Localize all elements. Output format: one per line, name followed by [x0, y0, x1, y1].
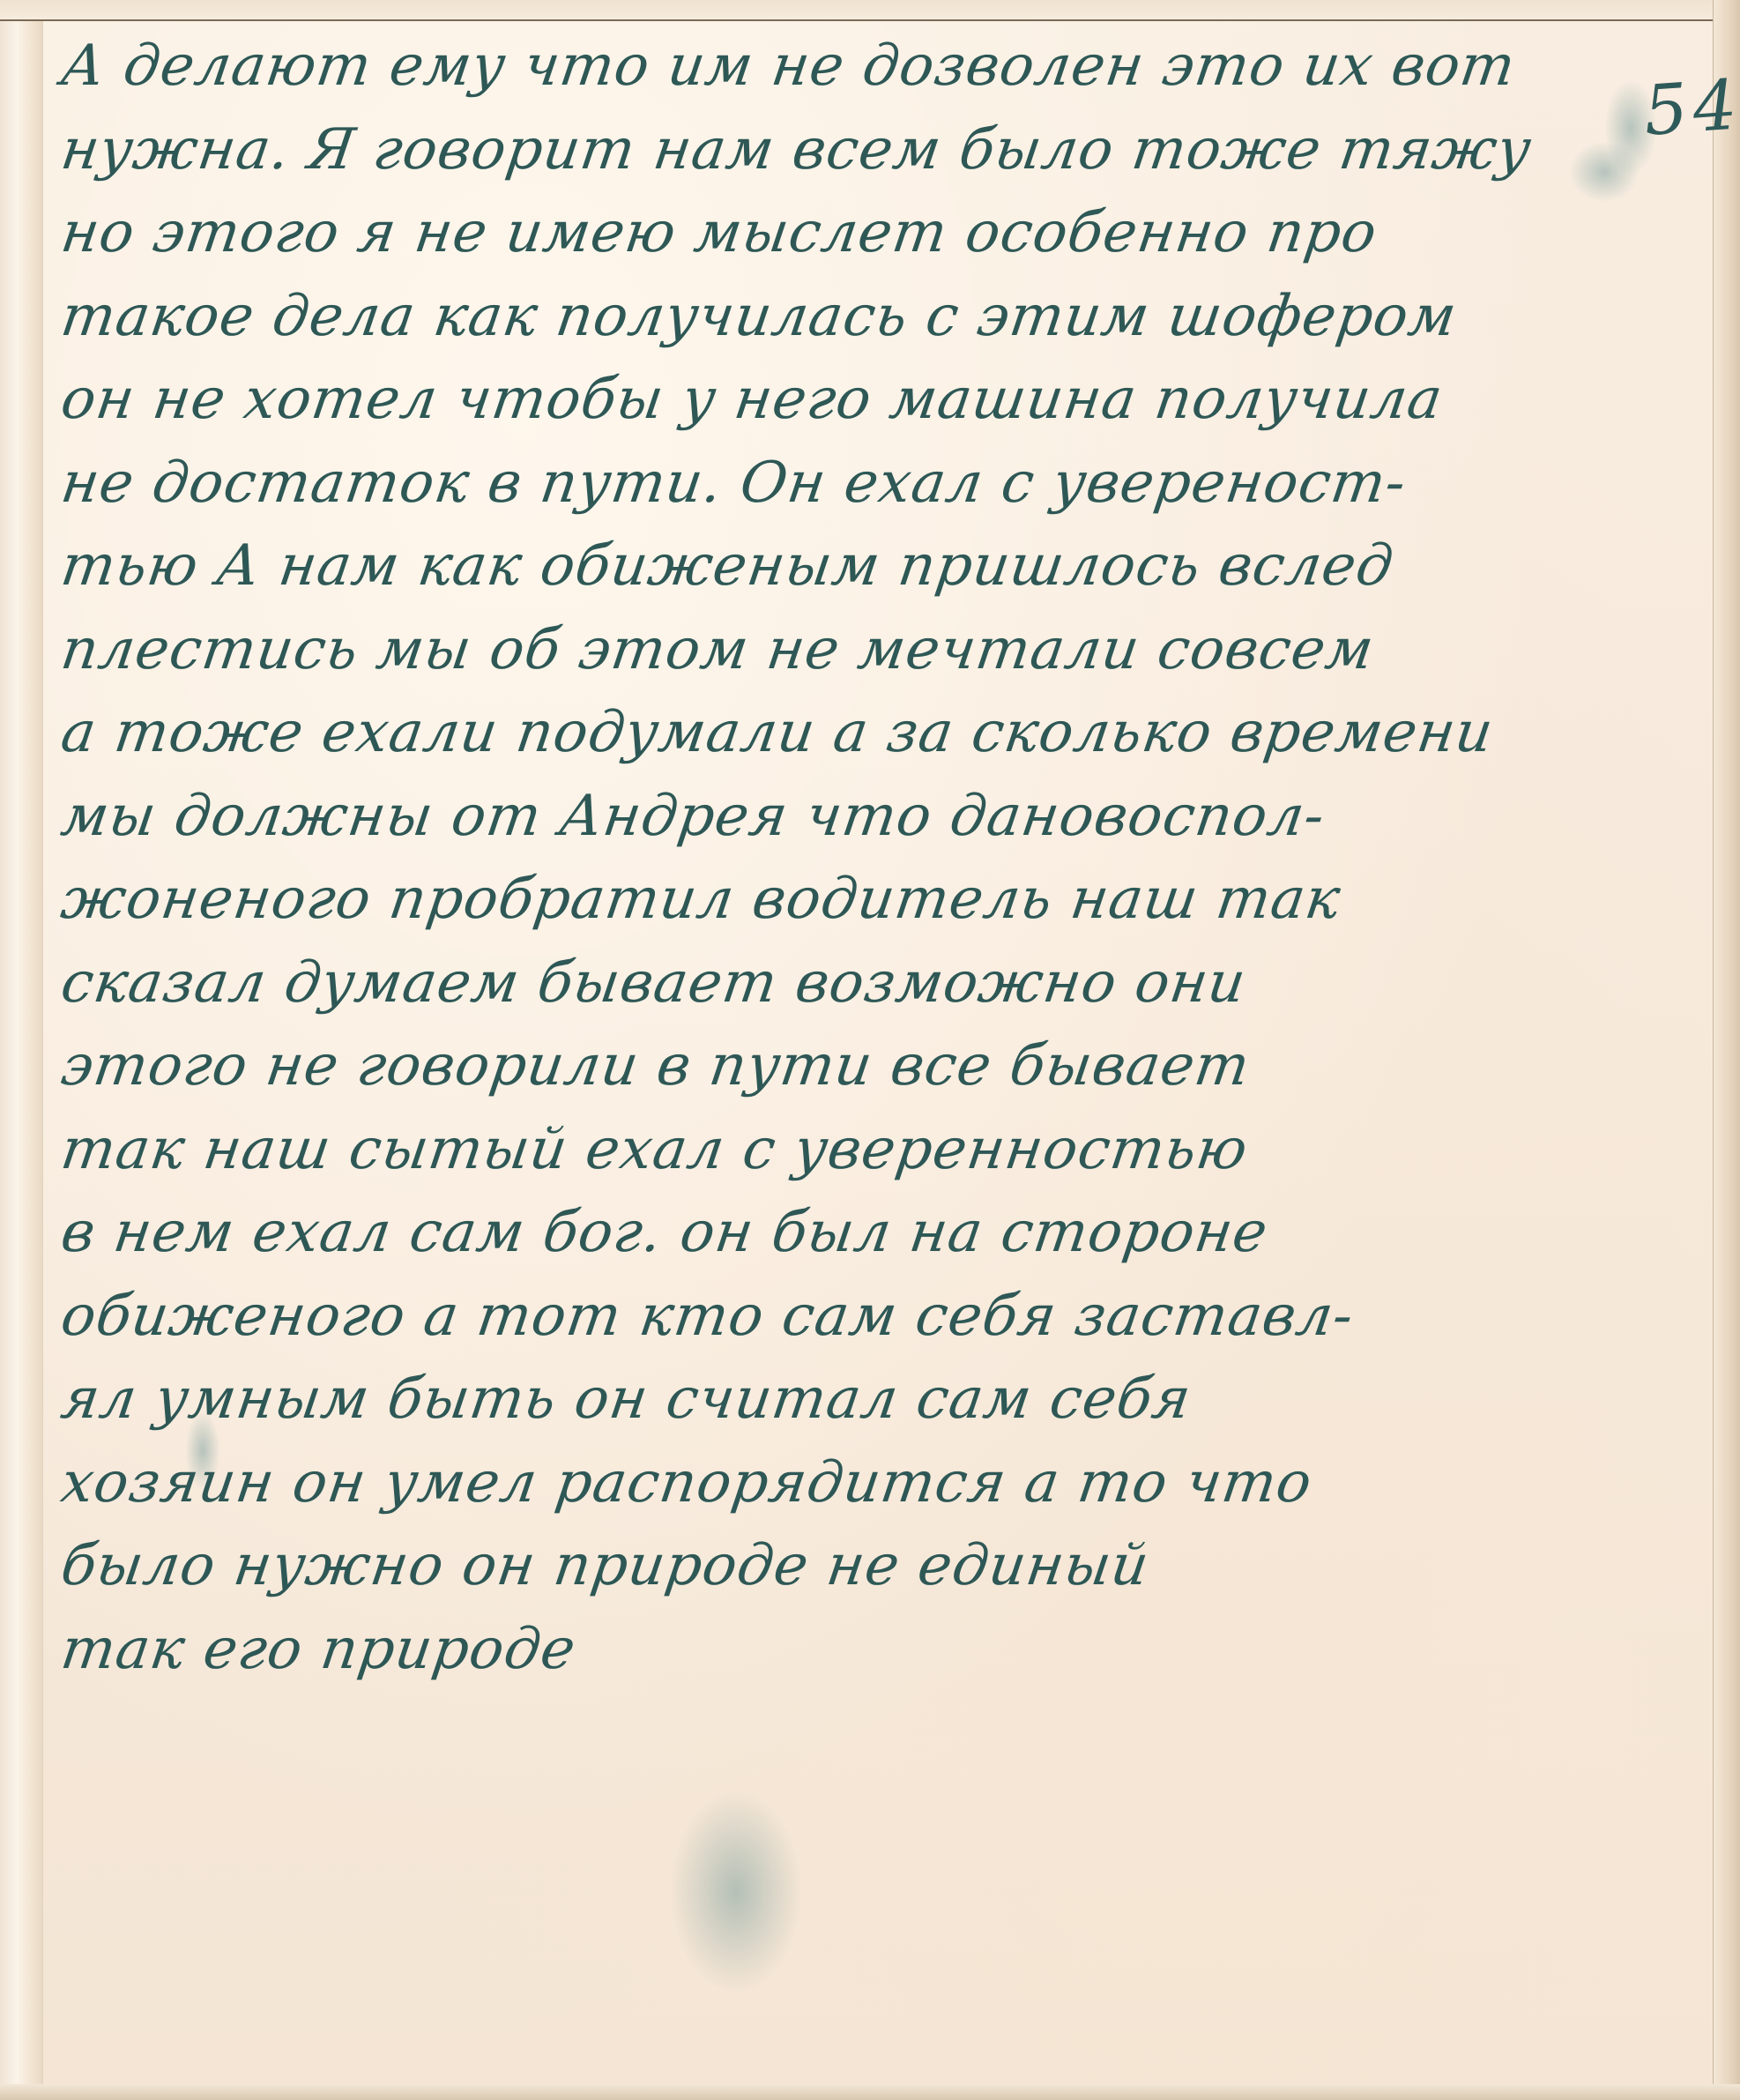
text-line: нужна. Я говорит нам всем было тоже тяжу: [56, 108, 1645, 192]
text-line: так наш сытый ехал с уверенностью: [56, 1108, 1645, 1192]
text-line: тью А нам как обиженым пришлось вслед: [56, 525, 1645, 608]
text-line: а тоже ехали подумали а за сколько време…: [56, 691, 1645, 775]
handwritten-text-body: А делают ему что им не дозволен это их в…: [62, 25, 1640, 1691]
text-line: так его природе: [56, 1608, 1645, 1692]
text-line: жоненого пробратил водитель наш так: [56, 858, 1645, 942]
text-line: такое дела как получилась с этим шофером: [56, 275, 1645, 359]
text-line: он не хотел чтобы у него машина получила: [56, 358, 1645, 442]
page-number: 54: [1641, 65, 1740, 152]
text-line: А делают ему что им не дозволен это их в…: [56, 25, 1645, 108]
right-page-edge: [1713, 0, 1740, 2100]
text-line: но этого я не имею мыслет особенно про: [56, 191, 1645, 275]
top-edge-rule: [0, 0, 1740, 21]
text-line: не достаток в пути. Он ехал с увереност-: [56, 442, 1645, 525]
ink-smudge: [670, 1790, 802, 1992]
text-line: мы должны от Андрея что дановоспол-: [56, 775, 1645, 859]
bottom-page-edge: [0, 2084, 1740, 2100]
text-line: обиженого а тот кто сам себя заставл-: [56, 1275, 1645, 1359]
binding-edge: [0, 0, 43, 2100]
text-line: сказал думаем бывает возможно они: [56, 942, 1645, 1025]
text-line: в нем ехал сам бог. он был на стороне: [56, 1191, 1645, 1275]
text-line: хозяин он умел распорядится а то что: [56, 1441, 1645, 1525]
text-line: было нужно он природе не единый: [56, 1524, 1645, 1608]
text-line: ял умным быть он считал сам себя: [56, 1358, 1645, 1441]
notebook-page: 54 А делают ему что им не дозволен это и…: [0, 0, 1740, 2100]
text-line: этого не говорили в пути все бывает: [56, 1024, 1645, 1108]
text-line: плестись мы об этом не мечтали совсем: [56, 608, 1645, 692]
